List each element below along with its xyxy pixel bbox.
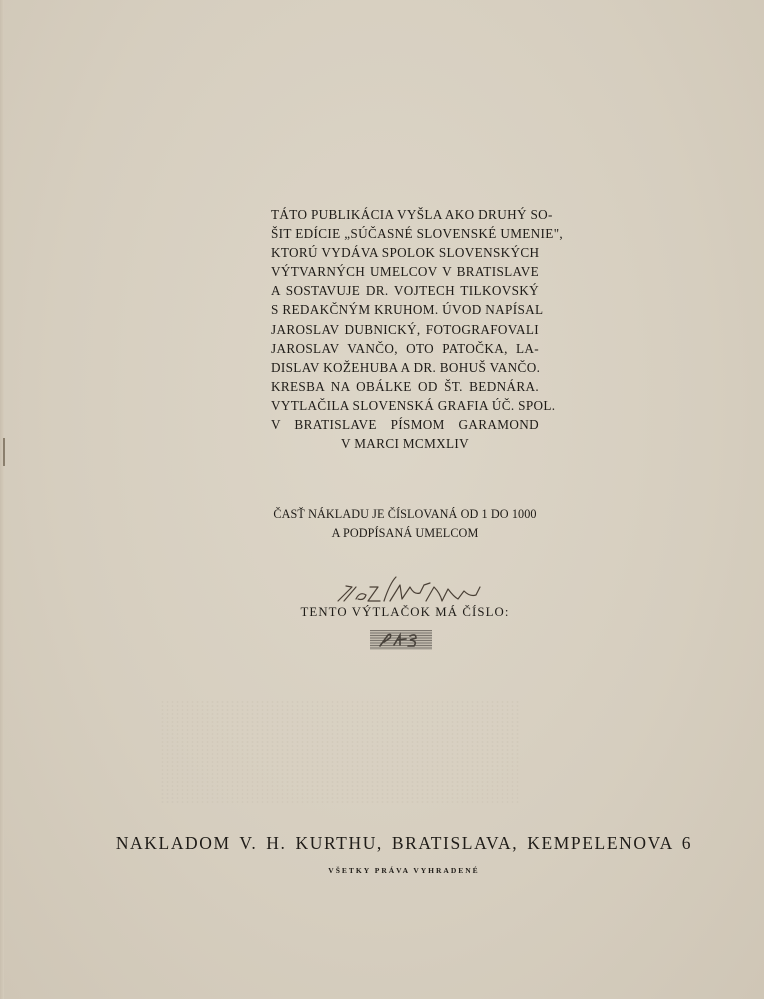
- colophon-line: VÝTVARNÝCH UMELCOV V BRATISLAVE: [271, 262, 539, 281]
- colophon-text: TÁTO PUBLIKÁCIA VYŠLA AKO DRUHÝ SO- ŠIT …: [271, 205, 539, 453]
- colophon-line: S REDAKČNÝM KRUHOM. ÚVOD NAPÍSAL: [271, 300, 539, 319]
- colophon-line: V BRATISLAVE PÍSMOM GARAMOND: [271, 415, 539, 434]
- colophon-line: VYTLAČILA SLOVENSKÁ GRAFIA ÚČ. SPOL.: [271, 396, 539, 415]
- artist-signature: [330, 573, 495, 607]
- binding-mark: [3, 438, 5, 466]
- copy-number-stamp: 943: [370, 630, 432, 650]
- colophon-line: KRESBA NA OBÁLKE OD ŠT. BEDNÁRA.: [271, 377, 539, 396]
- edition-line: A PODPÍSANÁ UMELCOM: [271, 524, 539, 543]
- colophon-line: DISLAV KOŽEHUBA A DR. BOHUŠ VANČO.: [271, 358, 539, 377]
- publisher-imprint: NAKLADOM V. H. KURTHU, BRATISLAVA, KEMPE…: [0, 833, 764, 854]
- colophon-line: V MARCI MCMXLIV: [271, 434, 539, 453]
- edition-line: ČASŤ NÁKLADU JE ČÍSLOVANÁ OD 1 DO 1000: [271, 505, 539, 524]
- colophon-line: TÁTO PUBLIKÁCIA VYŠLA AKO DRUHÝ SO-: [271, 205, 539, 224]
- colophon-line: KTORÚ VYDÁVA SPOLOK SLOVENSKÝCH: [271, 243, 539, 262]
- copy-number-label: TENTO VÝTLAČOK MÁ ČÍSLO:: [300, 605, 510, 620]
- colophon-line: JAROSLAV DUBNICKÝ, FOTOGRAFOVALI: [271, 320, 539, 339]
- edition-note: ČASŤ NÁKLADU JE ČÍSLOVANÁ OD 1 DO 1000 A…: [271, 505, 539, 543]
- colophon-line: A SOSTAVUJE DR. VOJTECH TILKOVSKÝ: [271, 281, 539, 300]
- colophon-line: ŠIT EDÍCIE „SÚČASNÉ SLOVENSKÉ UMENIE",: [271, 224, 539, 243]
- colophon-line: JAROSLAV VANČO, OTO PATOČKA, LA-: [271, 339, 539, 358]
- paper-speckle: [160, 700, 520, 805]
- rights-reserved: VŠETKY PRÁVA VYHRADENÉ: [0, 866, 764, 875]
